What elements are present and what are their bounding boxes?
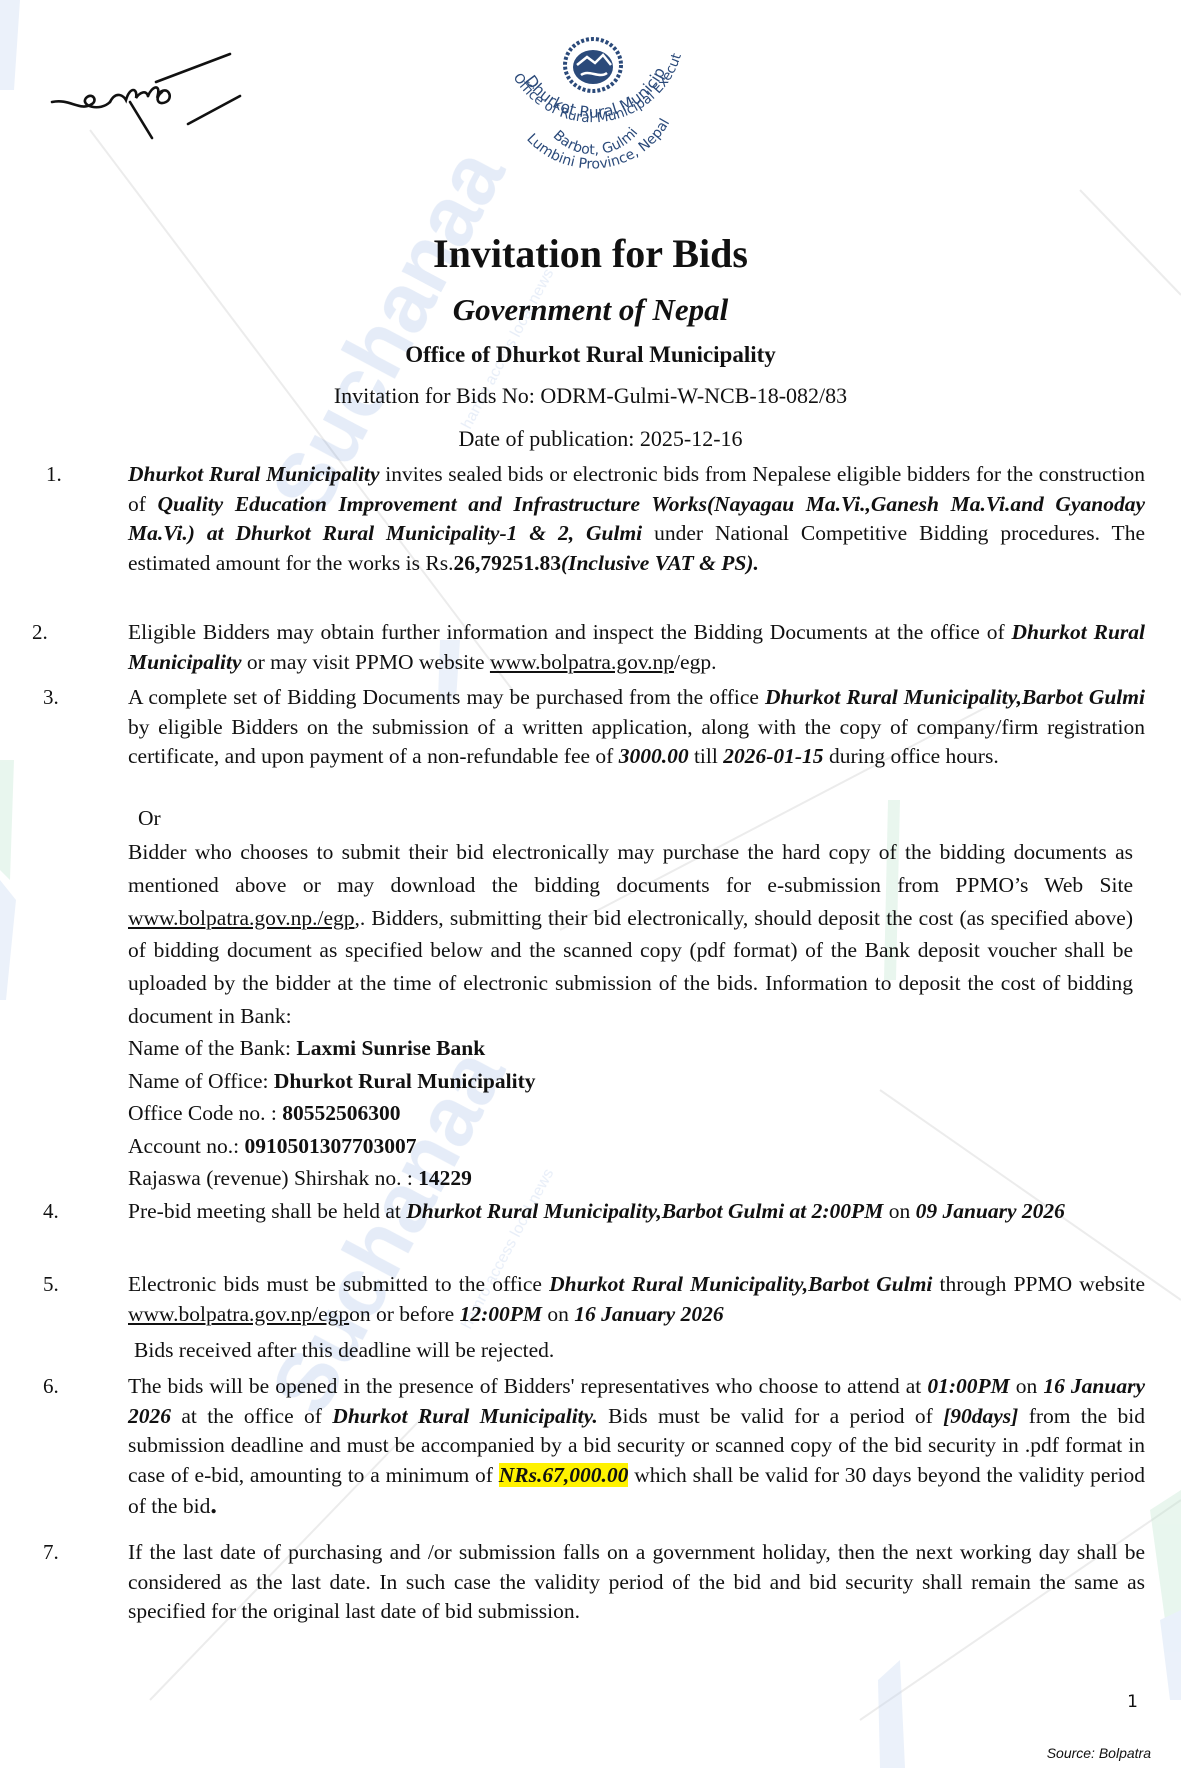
revenue-heading-row: Rajaswa (revenue) Shirshak no. : 14229 xyxy=(128,1166,472,1191)
item-text: Dhurkot Rural Municipality invites seale… xyxy=(128,460,1145,578)
item-number: 7. xyxy=(43,1540,59,1565)
bid-security-amount: NRs.67,000.00 xyxy=(499,1463,629,1487)
government-heading: Government of Nepal xyxy=(0,292,1181,328)
office-name-row: Name of Office: Dhurkot Rural Municipali… xyxy=(128,1069,536,1094)
signature-icon xyxy=(40,40,270,150)
item-text: If the last date of purchasing and /or s… xyxy=(128,1538,1145,1627)
office-code-row: Office Code no. : 80552506300 xyxy=(128,1101,401,1126)
document-page: Dhurkot Rural Municipality Office of Rur… xyxy=(0,0,1181,1768)
item-text: Electronic bids must be submitted to the… xyxy=(128,1270,1145,1329)
account-number-row: Account no.: 0910501307703007 xyxy=(128,1134,416,1159)
page-title: Invitation for Bids xyxy=(0,230,1181,277)
item-number: 5. xyxy=(43,1272,59,1297)
item-text: A complete set of Bidding Documents may … xyxy=(128,683,1145,772)
bolpatra-link[interactable]: www.bolpatra.gov.np./egp xyxy=(128,906,355,930)
publication-date: Date of publication: 2025-12-16 xyxy=(0,426,1181,452)
electronic-purchase-text: Bidder who chooses to submit their bid e… xyxy=(128,836,1133,1033)
office-heading: Office of Dhurkot Rural Municipality xyxy=(0,342,1181,368)
item-number: 6. xyxy=(43,1374,59,1399)
page-number: 1 xyxy=(1127,1692,1138,1712)
or-label: Or xyxy=(138,806,161,831)
bolpatra-link[interactable]: www.bolpatra.gov.np xyxy=(490,650,674,674)
item-number: 2. xyxy=(32,620,48,645)
bank-name-row: Name of the Bank: Laxmi Sunrise Bank xyxy=(128,1036,485,1061)
item-number: 4. xyxy=(43,1199,59,1224)
item-text: Eligible Bidders may obtain further info… xyxy=(128,618,1145,677)
office-stamp: Dhurkot Rural Municipality Office of Rur… xyxy=(495,25,695,200)
item-text: Pre-bid meeting shall be held at Dhurkot… xyxy=(128,1197,1145,1227)
deadline-note: Bids received after this deadline will b… xyxy=(134,1338,554,1363)
nepal-emblem-icon xyxy=(565,39,621,91)
ifb-number: Invitation for Bids No: ODRM-Gulmi-W-NCB… xyxy=(0,383,1181,409)
source-credit: Source: Bolpatra xyxy=(1047,1745,1151,1761)
item-number: 1. xyxy=(46,462,62,487)
item-text: The bids will be opened in the presence … xyxy=(128,1372,1145,1522)
bolpatra-link[interactable]: www.bolpatra.gov.np/egp xyxy=(128,1302,349,1326)
item-number: 3. xyxy=(43,685,59,710)
